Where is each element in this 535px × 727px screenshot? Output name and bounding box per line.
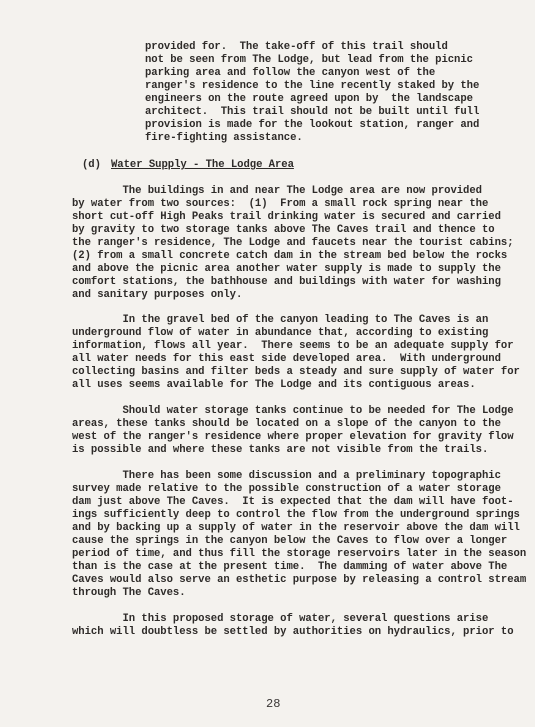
text-line: by water from two sources: (1) From a sm…	[72, 198, 488, 211]
text-line: is possible and where these tanks are no…	[72, 444, 488, 457]
text-line: all uses seems available for The Lodge a…	[72, 379, 476, 392]
text-line: information, flows all year. There seems…	[72, 340, 514, 353]
text-line: survey made relative to the possible con…	[72, 483, 501, 496]
text-line: In this proposed storage of water, sever…	[72, 613, 488, 626]
text-line: all water needs for this east side devel…	[72, 353, 501, 366]
text-line: architect. This trail should not be buil…	[145, 106, 479, 119]
section-title: Water Supply - The Lodge Area	[111, 159, 294, 172]
text-line: period of time, and thus fill the storag…	[72, 548, 526, 561]
text-line: There has been some discussion and a pre…	[72, 470, 501, 483]
text-line: (2) from a small concrete catch dam in t…	[72, 250, 507, 263]
text-line: which will doubtless be settled by autho…	[72, 626, 514, 639]
text-line: parking area and follow the canyon west …	[145, 67, 435, 80]
section-label: (d)	[82, 159, 101, 172]
text-line: than is the case at the present time. Th…	[72, 561, 507, 574]
text-line: ranger's residence to the line recently …	[145, 80, 479, 93]
page-number: 28	[266, 697, 280, 711]
text-line: provision is made for the lookout statio…	[145, 119, 479, 132]
text-line: comfort stations, the bathhouse and buil…	[72, 276, 501, 289]
text-line: the ranger's residence, The Lodge and fa…	[72, 237, 514, 250]
text-line: ings sufficiently deep to control the fl…	[72, 509, 520, 522]
text-line: Caves would also serve an esthetic purpo…	[72, 574, 526, 587]
text-line: collecting basins and filter beds a stea…	[72, 366, 520, 379]
text-line: dam just above The Caves. It is expected…	[72, 496, 514, 509]
text-line: fire-fighting assistance.	[145, 132, 303, 145]
text-line: provided for. The take-off of this trail…	[145, 41, 448, 54]
text-line: west of the ranger's residence where pro…	[72, 431, 514, 444]
text-line: not be seen from The Lodge, but lead fro…	[145, 54, 473, 67]
text-line: by gravity to two storage tanks above Th…	[72, 224, 495, 237]
text-line: engineers on the route agreed upon by th…	[145, 93, 473, 106]
text-line: cause the springs in the canyon below th…	[72, 535, 507, 548]
text-line: The buildings in and near The Lodge area…	[72, 185, 482, 198]
text-line: Should water storage tanks continue to b…	[72, 405, 514, 418]
document-page: provided for. The take-off of this trail…	[0, 0, 535, 727]
text-line: and above the picnic area another water …	[72, 263, 501, 276]
text-line: short cut-off High Peaks trail drinking …	[72, 211, 501, 224]
text-line: through The Caves.	[72, 587, 186, 600]
text-line: In the gravel bed of the canyon leading …	[72, 314, 488, 327]
text-line: and by backing up a supply of water in t…	[72, 522, 520, 535]
text-line: and sanitary purposes only.	[72, 289, 242, 302]
text-line: underground flow of water in abundance t…	[72, 327, 488, 340]
text-line: areas, these tanks should be located on …	[72, 418, 501, 431]
